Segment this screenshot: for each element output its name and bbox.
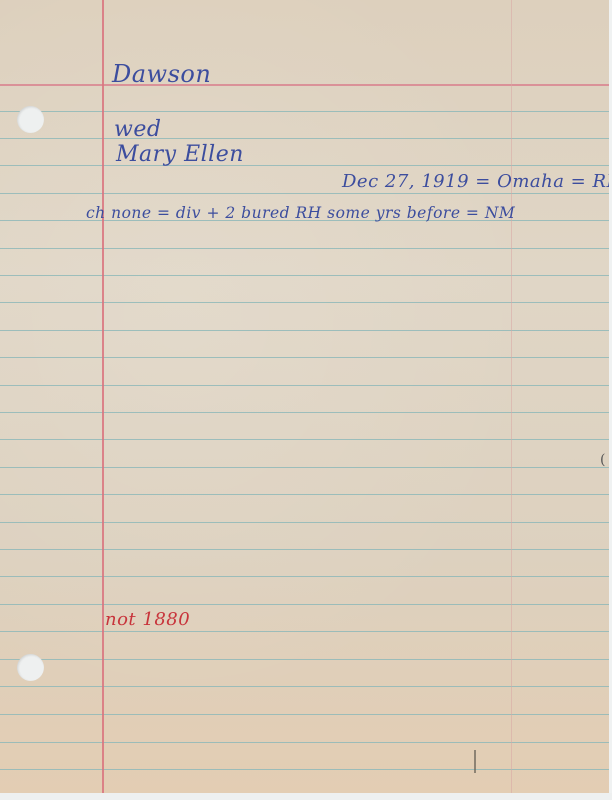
ruled-line — [0, 330, 609, 331]
scanned-page: Dawson wed Mary Ellen Dec 27, 1919 = Oma… — [0, 0, 612, 800]
ruled-line — [0, 494, 609, 495]
ruled-line — [0, 138, 609, 139]
hole-punch-bottom — [17, 654, 44, 681]
ruled-line — [0, 549, 609, 550]
ruled-line — [0, 165, 609, 166]
ruled-line — [0, 248, 609, 249]
ruled-line — [0, 714, 609, 715]
hole-punch-top — [17, 106, 44, 133]
ruled-line — [0, 439, 609, 440]
census-note-text: not 1880 — [105, 609, 190, 630]
spouse-name-text: Mary Ellen — [116, 142, 244, 167]
ruled-line — [0, 385, 609, 386]
stray-ink-mark: ( — [600, 452, 605, 468]
ruled-line — [0, 467, 609, 468]
marriage-record-text: Dec 27, 1919 = Omaha = RH — [342, 171, 609, 192]
ruled-line — [0, 522, 609, 523]
children-note-text: ch none = div + 2 bured RH some yrs befo… — [86, 204, 515, 222]
relation-text: wed — [114, 117, 161, 142]
ruled-line — [0, 193, 609, 194]
ruled-line — [0, 604, 609, 605]
notebook-paper: Dawson wed Mary Ellen Dec 27, 1919 = Oma… — [0, 0, 609, 793]
ruled-line — [0, 659, 609, 660]
pencil-mark — [474, 750, 476, 773]
left-margin-line — [102, 0, 104, 793]
scan-background-bottom — [0, 793, 612, 800]
ruled-line — [0, 111, 609, 112]
ruled-line — [0, 357, 609, 358]
ruled-line — [0, 576, 609, 577]
top-margin-rule — [0, 84, 609, 86]
ruled-line — [0, 742, 609, 743]
ruled-line — [0, 769, 609, 770]
surname-text: Dawson — [112, 60, 211, 88]
ruled-line — [0, 631, 609, 632]
ruled-line — [0, 302, 609, 303]
ruled-line — [0, 412, 609, 413]
right-margin-line — [511, 0, 512, 793]
ruled-line — [0, 686, 609, 687]
ruled-line — [0, 275, 609, 276]
